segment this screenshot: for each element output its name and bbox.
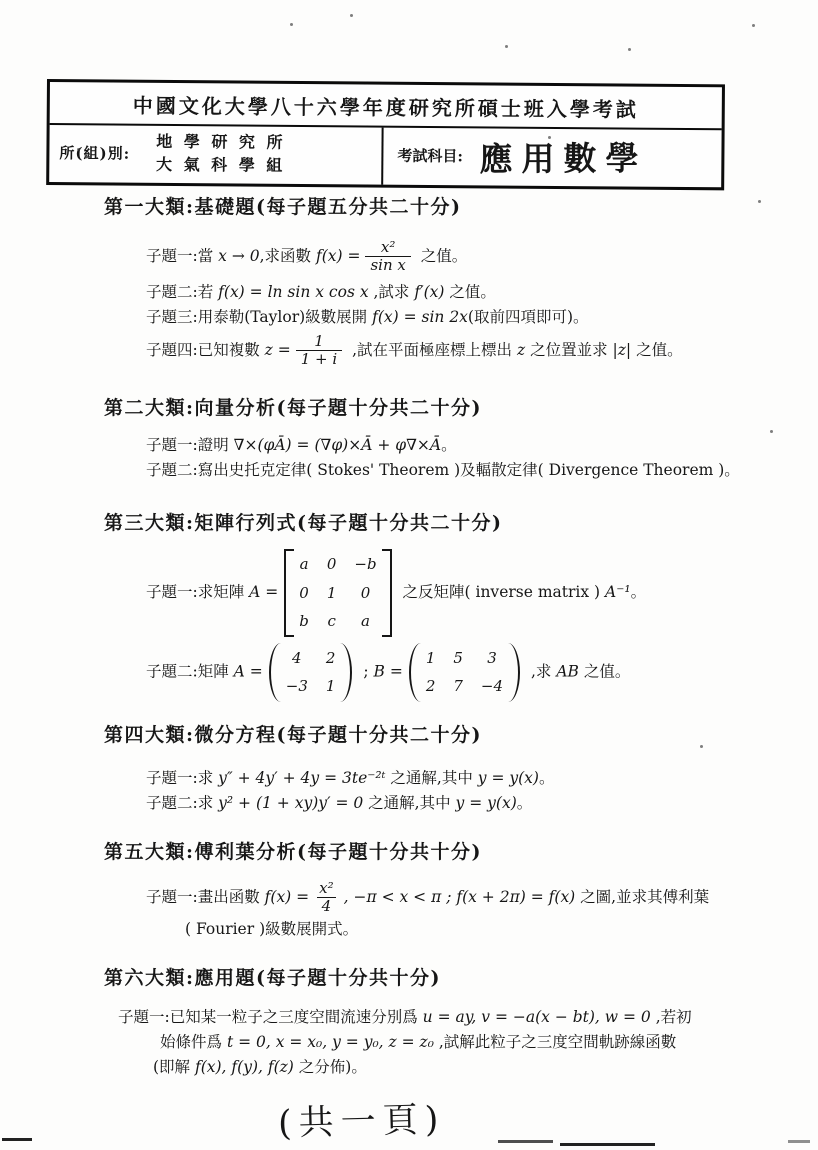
question-text: 。 xyxy=(517,794,533,812)
section3-title: 第三大類:矩陣行列式(每子題十分共二十分) xyxy=(104,508,818,535)
section6-question1-line1: 子題一:已知某一粒子之三度空間流速分別爲 u = ay, v = −a(x − … xyxy=(118,1006,818,1029)
question-text: 之分佈)。 xyxy=(294,1058,367,1076)
matrix-cell: 1 xyxy=(426,647,436,670)
math-expr: f′(x) xyxy=(414,283,444,301)
section5-question1-line1: 子題一:畫出函數 f(x) =x²4, −π < x < π ; f(x + 2… xyxy=(146,880,818,916)
header-bottom-row: 所(組)別: 地 學 研 究 所 大 氣 科 學 組 考試科目: 應用數學 xyxy=(49,125,721,187)
math-expr: |z| xyxy=(613,341,632,359)
math-expr: , −π < x < π ; f(x + 2π) = f(x) xyxy=(344,888,576,906)
scan-edge-mark xyxy=(2,1138,32,1141)
subject-value-handwritten: 應用數學 xyxy=(479,133,647,181)
matrix-cells: 42−31 xyxy=(281,643,341,702)
section2-title: 第二大類:向量分析(每子題十分共二十分) xyxy=(104,393,818,420)
question-text: (取前四項即可)。 xyxy=(468,308,589,326)
question-text: 之反矩陣( inverse matrix ) xyxy=(398,583,605,601)
right-square-bracket xyxy=(382,549,392,637)
question-text: ,試求 xyxy=(369,283,415,301)
question-text: 子題一:已知某一粒子之三度空間流速分別爲 xyxy=(118,1008,423,1026)
left-square-bracket xyxy=(284,549,294,637)
question-text: 。 xyxy=(631,583,647,601)
matrix-cell: 1 xyxy=(326,675,336,698)
section3-question1: 子題一:求矩陣 A =a0−b010bca 之反矩陣( inverse matr… xyxy=(146,549,818,637)
section1-question2: 子題二:若 f(x) = ln sin x cos x ,試求 f′(x) 之值… xyxy=(146,281,818,304)
scan-speck xyxy=(752,24,755,27)
question-text: 之值。 xyxy=(416,247,467,265)
section1-question1: 子題一:當 x → 0,求函數 f(x) =x²sin x 之值。 xyxy=(146,239,818,275)
scan-edge-mark xyxy=(560,1143,655,1146)
matrix-cell: b xyxy=(299,610,309,633)
matrix-cell: 0 xyxy=(354,582,376,605)
scan-speck xyxy=(770,430,773,433)
matrix-cell: 0 xyxy=(327,553,337,576)
section5-question1-line2: ( Fourier )級數展開式。 xyxy=(185,918,818,941)
matrix-cell: −4 xyxy=(481,675,503,698)
section3-question2: 子題二:矩陣 A =42−31 ; B =15327−4 ,求 AB 之值。 xyxy=(146,643,818,702)
subject-cell: 考試科目: 應用數學 xyxy=(383,128,721,188)
section1-question3: 子題三:用泰勒(Taylor)級數展開 f(x) = sin 2x(取前四項即可… xyxy=(146,306,818,329)
math-expr: A = xyxy=(249,583,278,601)
matrix-cell: 1 xyxy=(327,582,337,605)
math-expr: A⁻¹ xyxy=(605,583,631,601)
math-expr: B = xyxy=(374,662,403,680)
math-expr: f(x), f(y), f(z) xyxy=(195,1058,294,1076)
question-text: 子題二:求 xyxy=(146,794,218,812)
fraction-denominator: sin x xyxy=(365,256,410,274)
question-text: ,若初 xyxy=(651,1008,692,1026)
fraction-denominator: 1 + i xyxy=(296,350,342,368)
fraction-numerator: x² xyxy=(376,239,400,256)
scan-speck xyxy=(548,136,551,139)
section2-question2: 子題二:寫出史托克定律( Stokes' Theorem )及輻散定律( Div… xyxy=(146,459,818,482)
math-expr: f(x) = ln sin x cos x xyxy=(218,283,368,301)
question-text: 子題一:求矩陣 xyxy=(146,583,249,601)
fraction-denominator: 4 xyxy=(317,897,337,915)
department-label: 所(組)別: xyxy=(59,142,130,164)
section1-title: 第一大類:基礎題(每子題五分共二十分) xyxy=(104,192,818,219)
matrix-cell: a xyxy=(299,553,309,576)
fraction-numerator: 1 xyxy=(309,333,329,350)
math-expr: ∇×(φĀ) = (∇φ)×Ā + φ∇×Ā xyxy=(234,436,441,454)
question-text: 之值。 xyxy=(579,662,630,680)
question-text: 之圖,並求其傅利葉 xyxy=(575,888,709,906)
question-text: 子題一:求 xyxy=(146,769,218,787)
matrix-cell: c xyxy=(327,610,337,633)
math-expr: f(x) = xyxy=(316,247,361,265)
section6-question1-line2: 始條件爲 t = 0, x = x₀, y = y₀, z = z₀ ,試解此粒… xyxy=(160,1031,818,1054)
department-line2: 大 氣 科 學 組 xyxy=(156,153,285,176)
math-expr: x → 0 xyxy=(218,247,259,265)
section2-question1: 子題一:證明 ∇×(φĀ) = (∇φ)×Ā + φ∇×Ā。 xyxy=(146,434,818,457)
scan-edge-mark xyxy=(788,1140,810,1143)
math-expr: y² + (1 + xy)y′ = 0 xyxy=(218,794,363,812)
math-expr: t = 0, x = x₀, y = y₀, z = z₀ xyxy=(227,1033,434,1051)
scan-speck xyxy=(350,14,353,17)
question-text: ,試解此粒子之三度空間軌跡線函數 xyxy=(434,1033,676,1051)
matrix-cells: a0−b010bca xyxy=(294,549,381,637)
math-expr: u = ay, v = −a(x − bt), w = 0 xyxy=(423,1008,651,1026)
exam-body: 第一大類:基礎題(每子題五分共二十分) 子題一:當 x → 0,求函數 f(x)… xyxy=(0,180,818,1080)
question-text: 子題二:若 xyxy=(146,283,218,301)
question-text: ,求函數 xyxy=(260,247,316,265)
math-expr: AB xyxy=(556,662,579,680)
scan-speck xyxy=(290,23,293,26)
scan-speck xyxy=(758,200,761,203)
matrix-cells: 15327−4 xyxy=(421,643,508,702)
question-text: 之值。 xyxy=(631,341,682,359)
matrix-cell: −b xyxy=(354,553,376,576)
question-text: 子題一:證明 xyxy=(146,436,234,454)
left-paren-bracket xyxy=(409,643,421,702)
matrix-cell: 4 xyxy=(286,647,308,670)
section4-question1: 子題一:求 y″ + 4y′ + 4y = 3te⁻²ᵗ 之通解,其中 y = … xyxy=(146,767,818,790)
matrix-cell: 0 xyxy=(299,582,309,605)
right-paren-bracket xyxy=(340,643,352,702)
exam-header-box: 中國文化大學八十六學年度研究所碩士班入學考試 所(組)別: 地 學 研 究 所 … xyxy=(46,79,725,190)
matrix-a-2x2: 42−31 xyxy=(269,643,353,702)
question-text: 子題一:畫出函數 xyxy=(146,888,265,906)
fraction-numerator: x² xyxy=(314,880,338,897)
question-text: ,求 xyxy=(526,662,556,680)
department-line1: 地 學 研 究 所 xyxy=(156,131,285,154)
section6-question1-line3: (即解 f(x), f(y), f(z) 之分佈)。 xyxy=(153,1056,818,1079)
right-paren-bracket xyxy=(508,643,520,702)
matrix-cell: 3 xyxy=(481,647,503,670)
question-text: 子題四:已知複數 xyxy=(146,341,265,359)
math-expr: f(x) = xyxy=(265,888,310,906)
math-expr: z xyxy=(517,341,525,359)
math-expr: y = y(x) xyxy=(478,769,539,787)
scan-speck xyxy=(505,45,508,48)
question-text: 之通解,其中 xyxy=(385,769,477,787)
section6-title: 第六大類:應用題(每子題十分共十分) xyxy=(104,963,818,990)
math-expr: y″ + 4y′ + 4y = 3te⁻²ᵗ xyxy=(218,769,385,787)
section4-title: 第四大類:微分方程(每子題十分共二十分) xyxy=(104,720,818,747)
question-text: ( Fourier )級數展開式。 xyxy=(185,920,358,938)
exam-title: 中國文化大學八十六學年度研究所碩士班入學考試 xyxy=(50,82,722,130)
fraction: x²4 xyxy=(314,880,338,916)
matrix-cell: 2 xyxy=(326,647,336,670)
question-text: 之位置並求 xyxy=(525,341,612,359)
question-text: 。 xyxy=(441,436,457,454)
math-expr: f(x) = sin 2x xyxy=(372,308,468,326)
scan-speck xyxy=(628,48,631,51)
scan-edge-mark xyxy=(498,1140,553,1143)
question-text: 始條件爲 xyxy=(160,1033,227,1051)
math-expr: z = xyxy=(265,341,291,359)
scan-speck xyxy=(77,148,80,151)
question-text: 之通解,其中 xyxy=(363,794,455,812)
question-text: 子題二:寫出史托克定律( Stokes' Theorem )及輻散定律( Div… xyxy=(146,461,740,479)
section4-question2: 子題二:求 y² + (1 + xy)y′ = 0 之通解,其中 y = y(x… xyxy=(146,792,818,815)
matrix-cell: 2 xyxy=(426,675,436,698)
math-expr: A = xyxy=(234,662,263,680)
fraction: 11 + i xyxy=(296,333,342,369)
question-text: (即解 xyxy=(153,1058,195,1076)
subject-label: 考試科目: xyxy=(397,145,463,167)
section5-title: 第五大類:傅利葉分析(每子題十分共十分) xyxy=(104,837,818,864)
scan-speck xyxy=(700,745,703,748)
matrix-cell: 7 xyxy=(453,675,463,698)
left-paren-bracket xyxy=(269,643,281,702)
question-text: ; xyxy=(358,662,373,680)
matrix-cell: a xyxy=(354,610,376,633)
page-count-handwritten: (共一頁) xyxy=(277,1092,446,1146)
department-value: 地 學 研 究 所 大 氣 科 學 組 xyxy=(156,131,286,177)
matrix-b-2x3: 15327−4 xyxy=(409,643,520,702)
fraction: x²sin x xyxy=(365,239,410,275)
question-text: 子題三:用泰勒(Taylor)級數展開 xyxy=(146,308,372,326)
matrix-cell: −3 xyxy=(286,675,308,698)
question-text: 子題一:當 xyxy=(146,247,218,265)
matrix-3x3: a0−b010bca xyxy=(284,549,391,637)
question-text: 子題二:矩陣 xyxy=(146,662,234,680)
question-text: 之值。 xyxy=(444,283,495,301)
section1-question4: 子題四:已知複數 z =11 + i ,試在平面極座標上標出 z 之位置並求 |… xyxy=(146,333,818,369)
math-expr: y = y(x) xyxy=(456,794,517,812)
question-text: 。 xyxy=(539,769,555,787)
question-text: ,試在平面極座標上標出 xyxy=(347,341,517,359)
department-cell: 所(組)別: 地 學 研 究 所 大 氣 科 學 組 xyxy=(49,125,383,185)
matrix-cell: 5 xyxy=(453,647,463,670)
